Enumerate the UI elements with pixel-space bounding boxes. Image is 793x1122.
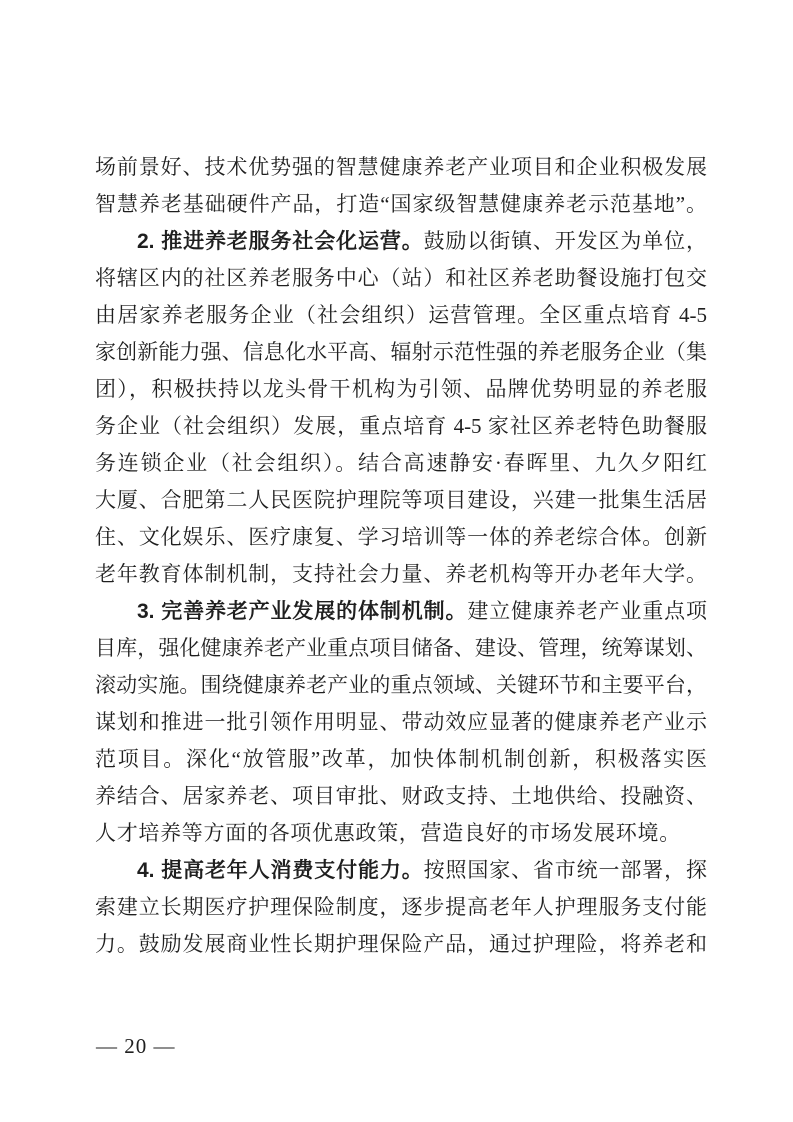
body-run: 建立健康养老产业重点项 xyxy=(467,599,707,623)
page-number-footer: — 20 — xyxy=(96,1031,176,1061)
text-line: 力。鼓励发展商业性长期护理保险产品，通过护理险，将养老和 xyxy=(95,926,707,963)
body-run: 大厦、合肥第二人民医院护理院等项目建设，兴建一批集生活居 xyxy=(95,488,707,512)
body-run: 由居家养老服务企业（社会组织）运营管理。全区重点培育 4-5 xyxy=(95,303,707,327)
body-run: 力。鼓励发展商业性长期护理保险产品，通过护理险，将养老和 xyxy=(95,932,707,956)
text-line: 目库，强化健康养老产业重点项目储备、建设、管理，统筹谋划、 xyxy=(95,630,707,667)
text-line: 2. 推进养老服务社会化运营。鼓励以街镇、开发区为单位， xyxy=(95,223,707,260)
body-run: 人才培养等方面的各项优惠政策，营造良好的市场发展环境。 xyxy=(95,821,681,845)
body-run: 鼓励以街镇、开发区为单位， xyxy=(424,229,707,253)
text-line: 老年教育体制机制，支持社会力量、养老机构等开办老年大学。 xyxy=(95,556,707,593)
body-run: 务企业（社会组织）发展，重点培育 4-5 家社区养老特色助餐服 xyxy=(95,414,707,438)
document-page: 场前景好、技术优势强的智慧健康养老产业项目和企业积极发展智慧养老基础硬件产品，打… xyxy=(0,0,793,1122)
text-line: 由居家养老服务企业（社会组织）运营管理。全区重点培育 4-5 xyxy=(95,297,707,334)
body-run: 范项目。深化“放管服”改革，加快体制机制创新，积极落实医 xyxy=(95,747,707,771)
body-run: 将辖区内的社区养老服务中心（站）和社区养老助餐设施打包交 xyxy=(95,266,707,290)
body-run: 智慧养老基础硬件产品，打造“国家级智慧健康养老示范基地”。 xyxy=(95,192,707,216)
body-run: 滚动实施。围绕健康养老产业的重点领域、关键环节和主要平台， xyxy=(95,673,707,697)
text-line: 团），积极扶持以龙头骨干机构为引领、品牌优势明显的养老服 xyxy=(95,371,707,408)
text-line: 4. 提高老年人消费支付能力。按照国家、省市统一部署，探 xyxy=(95,852,707,889)
text-line: 滚动实施。围绕健康养老产业的重点领域、关键环节和主要平台， xyxy=(95,667,707,704)
text-line: 将辖区内的社区养老服务中心（站）和社区养老助餐设施打包交 xyxy=(95,260,707,297)
section-heading-run: 2. 推进养老服务社会化运营。 xyxy=(137,230,424,253)
text-line: 3. 完善养老产业发展的体制机制。建立健康养老产业重点项 xyxy=(95,593,707,630)
body-run: 老年教育体制机制，支持社会力量、养老机构等开办老年大学。 xyxy=(95,562,707,586)
text-line: 索建立长期医疗护理保险制度，逐步提高老年人护理服务支付能 xyxy=(95,889,707,926)
body-run: 务连锁企业（社会组织）。结合高速静安·春晖里、九久夕阳红 xyxy=(95,451,707,475)
body-run: 场前景好、技术优势强的智慧健康养老产业项目和企业积极发展 xyxy=(95,155,707,179)
text-line: 智慧养老基础硬件产品，打造“国家级智慧健康养老示范基地”。 xyxy=(95,186,707,223)
section-heading-run: 3. 完善养老产业发展的体制机制。 xyxy=(137,600,467,623)
text-line: 务连锁企业（社会组织）。结合高速静安·春晖里、九久夕阳红 xyxy=(95,445,707,482)
text-line: 养结合、居家养老、项目审批、财政支持、土地供给、投融资、 xyxy=(95,778,707,815)
text-line: 人才培养等方面的各项优惠政策，营造良好的市场发展环境。 xyxy=(95,815,707,852)
body-run: 家创新能力强、信息化水平高、辐射示范性强的养老服务企业（集 xyxy=(95,340,707,364)
text-line: 务企业（社会组织）发展，重点培育 4-5 家社区养老特色助餐服 xyxy=(95,408,707,445)
text-line: 谋划和推进一批引领作用明显、带动效应显著的健康养老产业示 xyxy=(95,704,707,741)
document-body-text: 场前景好、技术优势强的智慧健康养老产业项目和企业积极发展智慧养老基础硬件产品，打… xyxy=(95,149,707,963)
body-run: 目库，强化健康养老产业重点项目储备、建设、管理，统筹谋划、 xyxy=(95,636,707,660)
body-run: 谋划和推进一批引领作用明显、带动效应显著的健康养老产业示 xyxy=(95,710,707,734)
body-run: 住、文化娱乐、医疗康复、学习培训等一体的养老综合体。创新 xyxy=(95,525,707,549)
text-line: 大厦、合肥第二人民医院护理院等项目建设，兴建一批集生活居 xyxy=(95,482,707,519)
text-line: 家创新能力强、信息化水平高、辐射示范性强的养老服务企业（集 xyxy=(95,334,707,371)
body-run: 索建立长期医疗护理保险制度，逐步提高老年人护理服务支付能 xyxy=(95,895,707,919)
text-line: 场前景好、技术优势强的智慧健康养老产业项目和企业积极发展 xyxy=(95,149,707,186)
section-heading-run: 4. 提高老年人消费支付能力。 xyxy=(137,859,424,882)
body-run: 按照国家、省市统一部署，探 xyxy=(424,858,707,882)
body-run: 团），积极扶持以龙头骨干机构为引领、品牌优势明显的养老服 xyxy=(95,377,707,401)
text-line: 范项目。深化“放管服”改革，加快体制机制创新，积极落实医 xyxy=(95,741,707,778)
text-line: 住、文化娱乐、医疗康复、学习培训等一体的养老综合体。创新 xyxy=(95,519,707,556)
body-run: 养结合、居家养老、项目审批、财政支持、土地供给、投融资、 xyxy=(95,784,707,808)
